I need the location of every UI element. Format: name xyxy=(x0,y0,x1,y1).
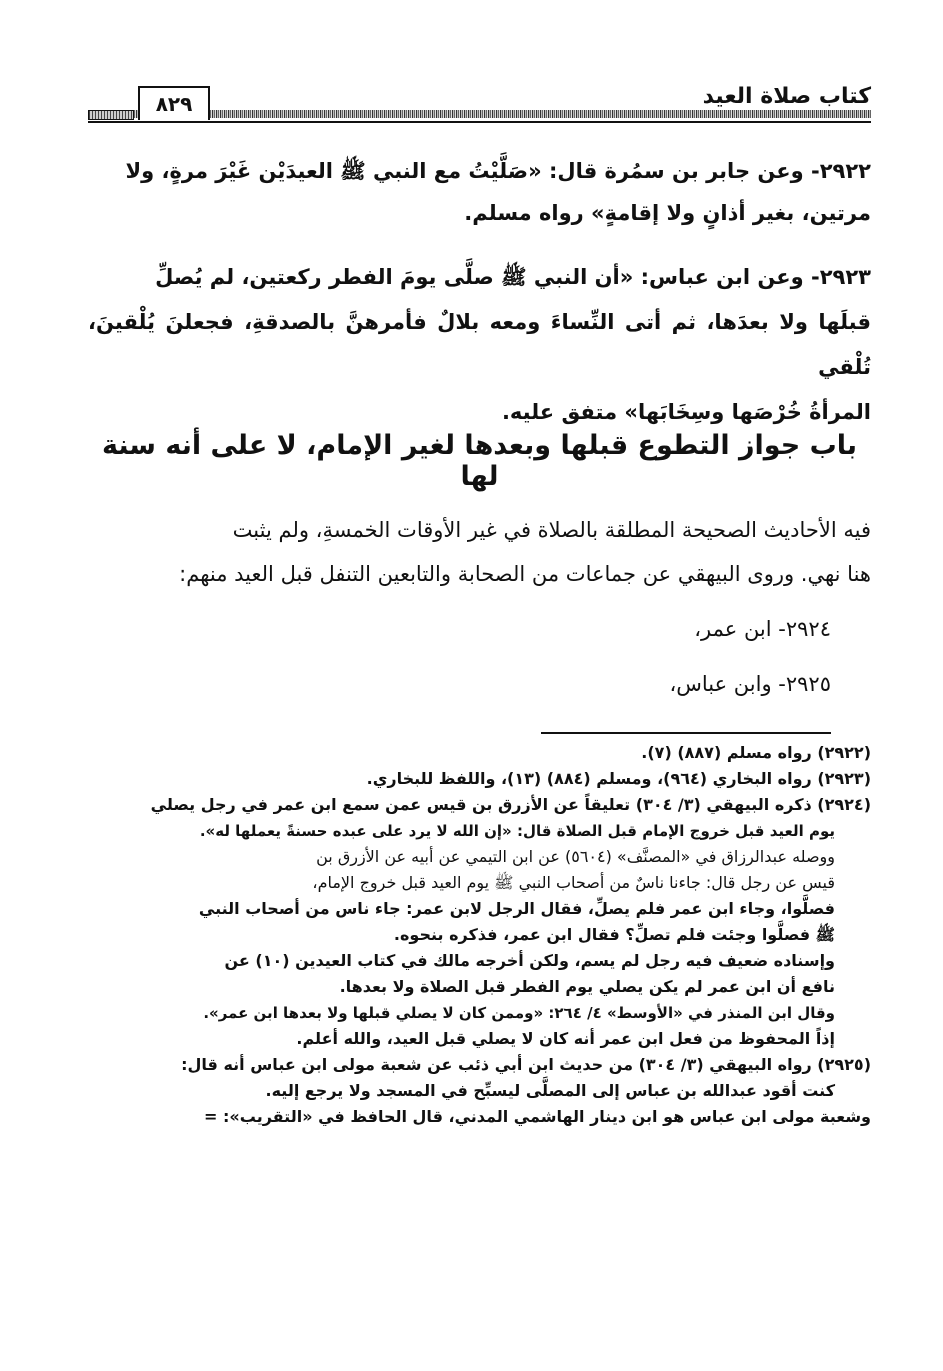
footnote-line: (٢٩٢٥) رواه البيهقي (٣/ ٣٠٤) من حديث ابن… xyxy=(88,1052,871,1078)
footnote-line: يوم العيد قبل خروج الإمام قبل الصلاة قال… xyxy=(88,818,871,844)
intro-line: فيه الأحاديث الصحيحة المطلقة بالصلاة في … xyxy=(88,508,871,552)
chapter-title: باب جواز التطوع قبلها وبعدها لغير الإمام… xyxy=(88,430,871,492)
page-number: ٨٢٩ xyxy=(138,86,210,120)
footnote-2923: (٢٩٢٣) رواه البخاري (٩٦٤)، ومسلم (٨٨٤) (… xyxy=(88,766,871,792)
footnote-line: فصلَّوا، وجاء ابن عمر فلم يصلِّ، فقال ال… xyxy=(88,896,871,922)
hadith-2922: ٢٩٢٢- وعن جابر بن سمُرة قال: «صَلَّيْتُ … xyxy=(88,150,871,234)
hadith-line: ٢٩٢٣- وعن ابن عباس: «أن النبي ﷺ صلَّى يو… xyxy=(88,255,871,300)
intro-line: هنا نهي. وروى البيهقي عن جماعات من الصحا… xyxy=(88,552,871,596)
footnote-2925: (٢٩٢٥) رواه البيهقي (٣/ ٣٠٤) من حديث ابن… xyxy=(88,1052,871,1130)
footnote-line: وشعبة مولى ابن عباس هو ابن دينار الهاشمي… xyxy=(88,1104,871,1130)
narrator-item-2924: ٢٩٢٤- ابن عمر، xyxy=(694,617,831,641)
header-underline xyxy=(88,121,871,123)
page-header: كتاب صلاة العيد ٨٢٩ xyxy=(88,80,871,128)
footnote-line: إذاً المحفوظ من فعل ابن عمر أنه كان لا ي… xyxy=(88,1026,871,1052)
hadith-line: ٢٩٢٢- وعن جابر بن سمُرة قال: «صَلَّيْتُ … xyxy=(88,150,871,192)
footnote-line: نافع أن ابن عمر لم يكن يصلي يوم الفطر قب… xyxy=(88,974,871,1000)
footnote-2922: (٢٩٢٢) رواه مسلم (٨٨٧) (٧). xyxy=(88,740,871,766)
footnote-line: (٢٩٢٣) رواه البخاري (٩٦٤)، ومسلم (٨٨٤) (… xyxy=(88,766,871,792)
header-rule-end-ornament xyxy=(88,110,134,120)
footnote-line: قيس عن رجل قال: جاءنا ناسٌ من أصحاب النب… xyxy=(88,870,871,896)
footnote-line: وقال ابن المنذر في «الأوسط» ٤/ ٢٦٤: «ومم… xyxy=(88,1000,871,1026)
footnotes: (٢٩٢٢) رواه مسلم (٨٨٧) (٧). (٢٩٢٣) رواه … xyxy=(88,740,871,1130)
hadith-line: المرأةُ خُرْصَها وسِخَابَها» متفق عليه. xyxy=(88,390,871,435)
footnote-line: كنت أقود عبدالله بن عباس إلى المصلَّى لي… xyxy=(88,1078,871,1104)
footnote-2924: (٢٩٢٤) ذكره البيهقي (٣/ ٣٠٤) تعليقاً عن … xyxy=(88,792,871,1052)
hadith-2923: ٢٩٢٣- وعن ابن عباس: «أن النبي ﷺ صلَّى يو… xyxy=(88,255,871,435)
footnote-line: ﷺ فصلَّوا وجئت فلم تصلِّ؟ فقال ابن عمر، … xyxy=(88,922,871,948)
footnote-line: (٢٩٢٤) ذكره البيهقي (٣/ ٣٠٤) تعليقاً عن … xyxy=(88,792,871,818)
footnote-line: ووصله عبدالرزاق في «المصنَّف» (٥٦٠٤) عن … xyxy=(88,844,871,870)
running-title: كتاب صلاة العيد xyxy=(697,84,871,109)
narrator-item-2925: ٢٩٢٥- وابن عباس، xyxy=(669,672,831,696)
footnote-line: وإسناده ضعيف فيه رجل لم يسم، ولكن أخرجه … xyxy=(88,948,871,974)
hadith-line: مرتين، بغير أذانٍ ولا إقامةٍ» رواه مسلم. xyxy=(88,192,871,234)
hadith-line: قبلَها ولا بعدَها، ثم أتى النِّساءَ ومعه… xyxy=(88,300,871,390)
chapter-intro: فيه الأحاديث الصحيحة المطلقة بالصلاة في … xyxy=(88,508,871,596)
footnote-divider xyxy=(541,732,831,734)
footnote-line: (٢٩٢٢) رواه مسلم (٨٨٧) (٧). xyxy=(88,740,871,766)
